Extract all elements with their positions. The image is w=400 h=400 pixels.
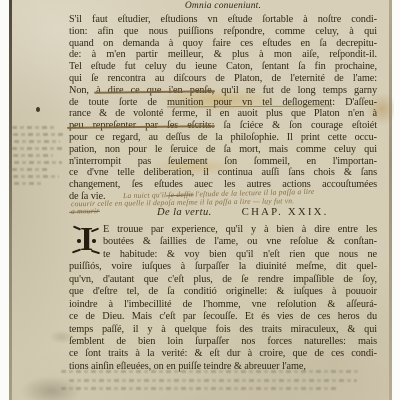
- print-text: ſemblent de bien loin ſurpaſſer nos forc…: [69, 336, 377, 347]
- paragraph-2: E trouue par experience, qu'il y à bien …: [69, 224, 377, 373]
- print-line: n'interrompit pas ſeulement ſon ſommeil,…: [69, 156, 377, 168]
- print-text: S'il faut eſtudier, eſtudions vn eſtude …: [69, 14, 377, 25]
- handwritten-annotation: a mourir: [71, 205, 141, 215]
- print-line: que d'eſtre tel, de ſa conditió originel…: [69, 286, 377, 298]
- marginalia-line: [61, 370, 361, 373]
- marginalia-line: [14, 161, 62, 164]
- marginalia-line: [14, 182, 44, 185]
- print-line: pation, non pour le ſeruice de ſa mort, …: [69, 144, 377, 156]
- print-text: qui ſe rencontra au diſcours de Platon, …: [69, 73, 377, 84]
- print-line: pour ce regard, au deſſus de la philoſop…: [69, 132, 377, 144]
- print-text: de toute ſorte de: [69, 97, 167, 108]
- ink-spot: [36, 107, 40, 112]
- print-text: de: à m'en partir meilleur, & plus à mon…: [69, 49, 377, 60]
- print-text: tion: afin que nous puiſſions reſpondre,…: [69, 26, 377, 37]
- print-text: rance & de volonté ferme, il en auoit pl…: [69, 108, 377, 119]
- print-text: puiſſiós, voire iuſques à ſurpaſſer la d…: [69, 261, 377, 272]
- print-line: te habitude: & voy bien qu'il n'eſt rien…: [69, 249, 377, 261]
- print-text: ce de Dieu. Mais c'eſt par ſecouſſe. Et …: [69, 311, 377, 322]
- print-text: te habitude: & voy bien qu'il n'eſt rien…: [103, 249, 377, 260]
- print-text: E trouue par experience, qu'il y à bien …: [103, 224, 377, 235]
- print-text: : D'aſſeu-: [332, 97, 377, 108]
- latin-quote: Omnia conueniunt.: [69, 1, 377, 11]
- scan-background: { "document": { "running_quote_italic": …: [0, 0, 400, 400]
- print-text: qu'vn, d'autant que c'eſt plus, de ſe re…: [69, 274, 377, 285]
- marginalia-line: [13, 175, 59, 178]
- paragraph-1: S'il faut eſtudier, eſtudions vn eſtude …: [69, 14, 377, 203]
- print-line: temps paſſé, il y à quelque fois des tra…: [69, 324, 377, 336]
- print-line: peu repreſenter par ſes eſcrits: ſa ſcié…: [69, 120, 377, 132]
- print-line: ioindre à l'imbecillité de l'homme, vne …: [69, 299, 377, 311]
- print-line: Non, à dire ce que i'en penſe, qu'il ne …: [69, 85, 377, 97]
- print-line: ce d'vne telle deliberation, il continua…: [69, 167, 377, 179]
- print-text: ioindre à l'imbecillité de l'homme, vne …: [69, 299, 377, 310]
- print-text: boutées & ſaillies de l'ame, ou vne reſo…: [103, 236, 377, 247]
- marginalia-line: [12, 168, 50, 171]
- print-text: temps paſſé, il y à quelque fois des tra…: [69, 324, 377, 335]
- print-line: quand on demanda à quoy faire ces eſtude…: [69, 38, 377, 50]
- scan-background-right: [394, 0, 400, 400]
- print-text: pour ce regard, au deſſus de la philoſop…: [69, 132, 377, 143]
- print-text: Non,: [69, 85, 96, 96]
- marginalia-line: [14, 140, 60, 143]
- print-text: pation, non pour le ſeruice de ſa mort, …: [69, 144, 377, 155]
- print-line: E trouue par experience, qu'il y à bien …: [69, 224, 377, 236]
- print-line: qu'vn, d'autant que c'eſt plus, de ſe re…: [69, 274, 377, 286]
- drop-cap: I: [71, 223, 101, 260]
- marginalia-line: [13, 133, 63, 136]
- marginalia-line: [69, 379, 357, 382]
- print-line: ce de Dieu. Mais c'eſt par ſecouſſe. Et …: [69, 311, 377, 323]
- print-text: ce ſont traits à la verité: & eſt dur à …: [69, 348, 377, 359]
- print-text: Tel eſtude fut celuy du ieune Caton, ſen…: [69, 61, 377, 72]
- print-line: qui ſe rencontra au diſcours de Platon, …: [69, 73, 377, 85]
- print-text: qu'il ne fut de long temps garny: [214, 85, 377, 96]
- print-line: ce ſont traits à la verité: & eſt dur à …: [69, 348, 377, 360]
- print-text: ſa ſciéce & ſon courage eſtoiét: [214, 120, 377, 131]
- print-text: que d'eſtre tel, de ſa conditió originel…: [69, 286, 377, 297]
- marginalia-line: [12, 126, 56, 129]
- print-line: S'il faut eſtudier, eſtudions vn eſtude …: [69, 14, 377, 26]
- print-line: ſemblent de bien loin ſurpaſſer nos forc…: [69, 336, 377, 348]
- chapter-title: De la vertu.: [157, 207, 212, 218]
- struck-text: à dire ce que i'en penſe,: [96, 85, 214, 96]
- chapter-number: CHAP. XXIX.: [242, 206, 329, 218]
- print-line: Tel eſtude fut celuy du ieune Caton, ſen…: [69, 61, 377, 73]
- struck-text: peu repreſenter par ſes eſcrits:: [69, 120, 214, 131]
- marginalia-line: [12, 147, 64, 150]
- page-left-edge: [9, 0, 12, 400]
- print-text: ce d'vne telle deliberation, il continua…: [69, 167, 377, 178]
- print-line: puiſſiós, voire iuſques à ſurpaſſer la d…: [69, 261, 377, 273]
- print-text: quand on demanda à quoy faire ces eſtude…: [69, 38, 377, 49]
- print-line: de: à m'en partir meilleur, & plus à mon…: [69, 49, 377, 61]
- marginalia-line: [13, 154, 53, 157]
- print-line: rance & de volonté ferme, il en auoit pl…: [69, 108, 377, 120]
- print-line: de toute ſorte de munition pour vn tel d…: [69, 97, 377, 109]
- print-line: boutées & ſaillies de l'ame, ou vne reſo…: [69, 236, 377, 248]
- print-text: n'interrompit pas ſeulement ſon ſommeil,…: [69, 156, 377, 167]
- book-page: Omnia conueniunt. S'il faut eſtudier, eſ…: [9, 0, 392, 400]
- struck-text: a mourir: [71, 206, 100, 215]
- print-line: tion: afin que nous puiſſions reſpondre,…: [69, 26, 377, 38]
- underlined-text: munition pour vn tel deſlogement: [167, 97, 332, 108]
- marginalia-line: [61, 387, 337, 390]
